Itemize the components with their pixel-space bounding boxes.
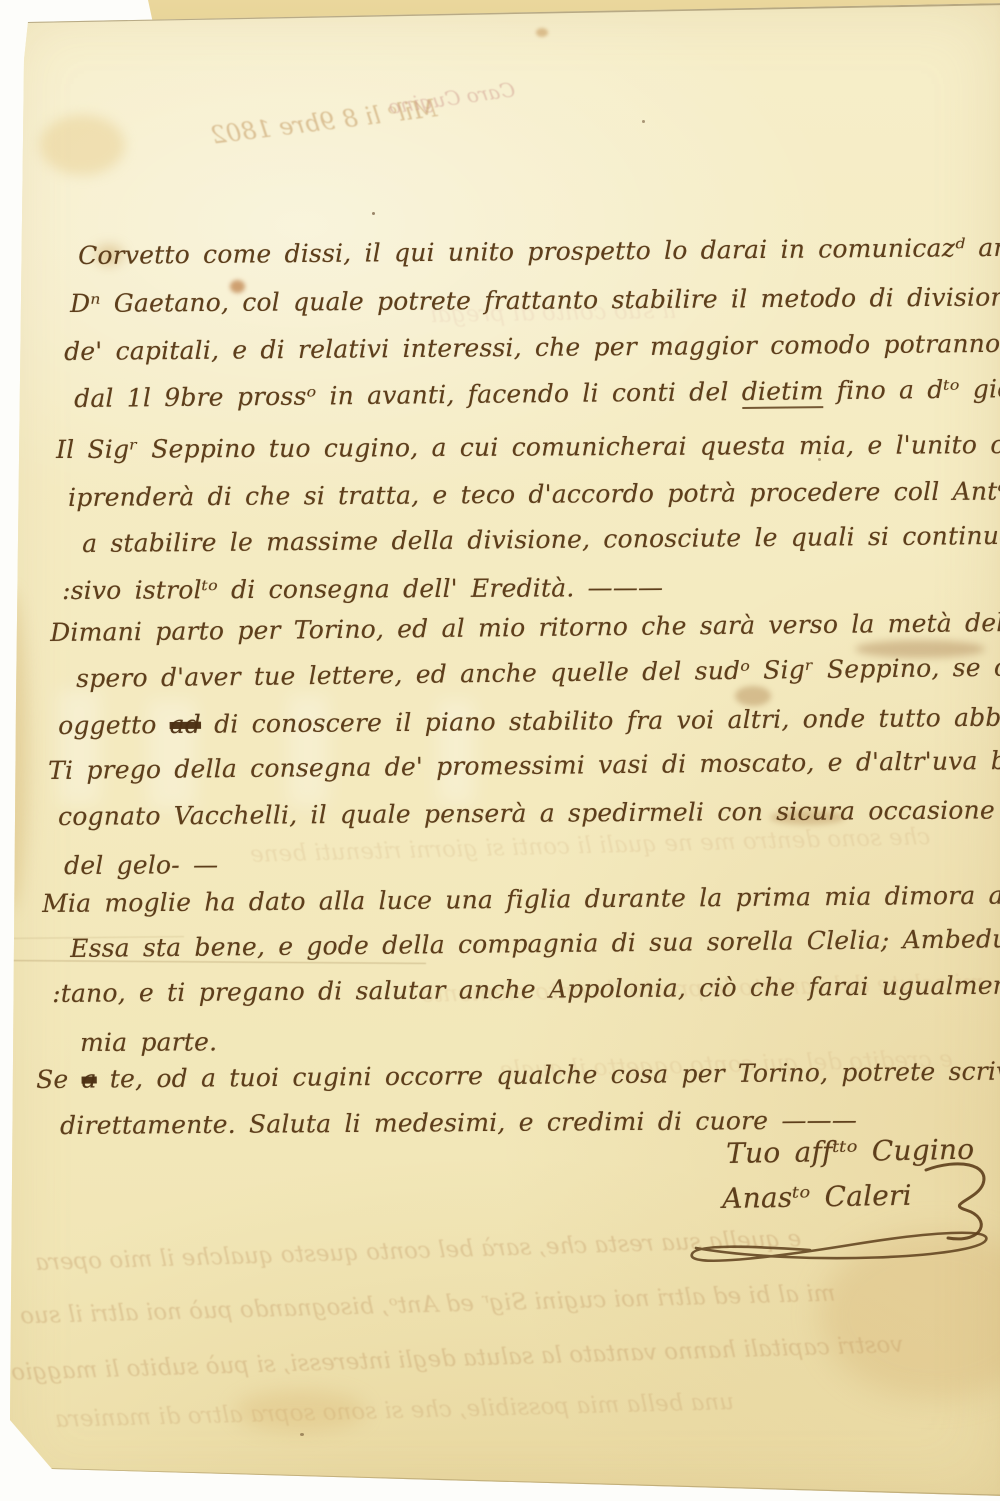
letter-line: dal 1l 9bre prossᵒ in avanti, facendo li…	[74, 373, 1000, 415]
speck	[642, 120, 645, 123]
letter-line: :tano, e ti pregano di salutar anche App…	[52, 970, 1000, 1010]
letter-line: Se a te, od a tuoi cugini occorre qualch…	[36, 1055, 1000, 1096]
letter-line: Dimani parto per Torino, ed al mio ritor…	[50, 606, 1000, 649]
bleedthrough-fragment: una bella mia possibile, che si sono sop…	[55, 1389, 735, 1433]
letter-line: oggetto ad di conoscere il piano stabili…	[58, 702, 1000, 742]
letter-line: Dⁿ Gaetano, col quale potrete frattanto …	[70, 281, 1000, 320]
bleedthrough-date: Milᵒ li 8 9bre 1802	[209, 94, 438, 150]
letter-line: Ti prego della consegna de' promessimi v…	[48, 744, 1000, 787]
stain	[235, 1390, 365, 1432]
stain	[40, 115, 125, 175]
letter-line: iprenderà di che si tratta, e teco d'acc…	[68, 475, 1000, 514]
struck-word: a	[81, 1064, 96, 1093]
line-post: di conoscere il piano stabilito fra voi …	[201, 703, 1000, 739]
letter-line: a stabilire le massime della divisione, …	[82, 519, 1000, 560]
ghost-lightbar	[58, 690, 100, 805]
underlined-word: dietim	[742, 376, 824, 409]
signature-flourish-icon	[678, 1148, 1000, 1273]
stain	[536, 28, 548, 37]
letter-line: Essa sta bene, e gode della compagnia di…	[70, 923, 1000, 965]
letter-line: :sivo istrolᵗᵒ di consegna dell' Eredità…	[62, 572, 663, 607]
stain	[0, 590, 28, 910]
line-post: fino a dᵗᵒ giorn	[823, 374, 1000, 405]
letter-line: Il Sigʳ Seppino tuo cugino, a cui comuni…	[56, 429, 1000, 466]
line-pre: oggetto	[58, 710, 170, 740]
letter-line: Mia moglie ha dato alla luce una figlia …	[42, 880, 1000, 920]
line-pre: Se	[36, 1065, 82, 1094]
bleedthrough-top-right: Caro Cugino	[387, 77, 517, 119]
struck-word: ad	[170, 710, 202, 739]
letter-line: Corvetto come dissi, il qui unito prospe…	[78, 231, 1000, 272]
letter-line: del gelo- —	[64, 849, 218, 882]
bleedthrough-fragment: mi al bi ed altri noi cugini Sigʳ ed Ant…	[20, 1281, 836, 1330]
letter-scan: Milᵒ li 8 9bre 1802 Caro Cugino il suo c…	[0, 0, 1000, 1501]
speck	[300, 1433, 304, 1436]
paper-bottom-edge	[48, 1468, 1000, 1497]
letter-line: de' capitali, e di relativi interessi, c…	[64, 327, 1000, 368]
letter-line: cognato Vacchelli, il quale penserà a sp…	[58, 794, 995, 833]
line-post: te, od a tuoi cugini occorre qualche cos…	[97, 1056, 1000, 1093]
letter-page: Milᵒ li 8 9bre 1802 Caro Cugino il suo c…	[0, 0, 1000, 1501]
bleedthrough-fragment: vostri capitali hanno vantato la saluta …	[0, 1332, 904, 1386]
letter-line: spero d'aver tue lettere, ed anche quell…	[76, 651, 1000, 695]
speck	[372, 212, 375, 215]
letter-line: mia parte.	[80, 1026, 217, 1059]
line-pre: dal 1l 9bre prossᵒ in avanti, facendo li…	[74, 377, 742, 413]
